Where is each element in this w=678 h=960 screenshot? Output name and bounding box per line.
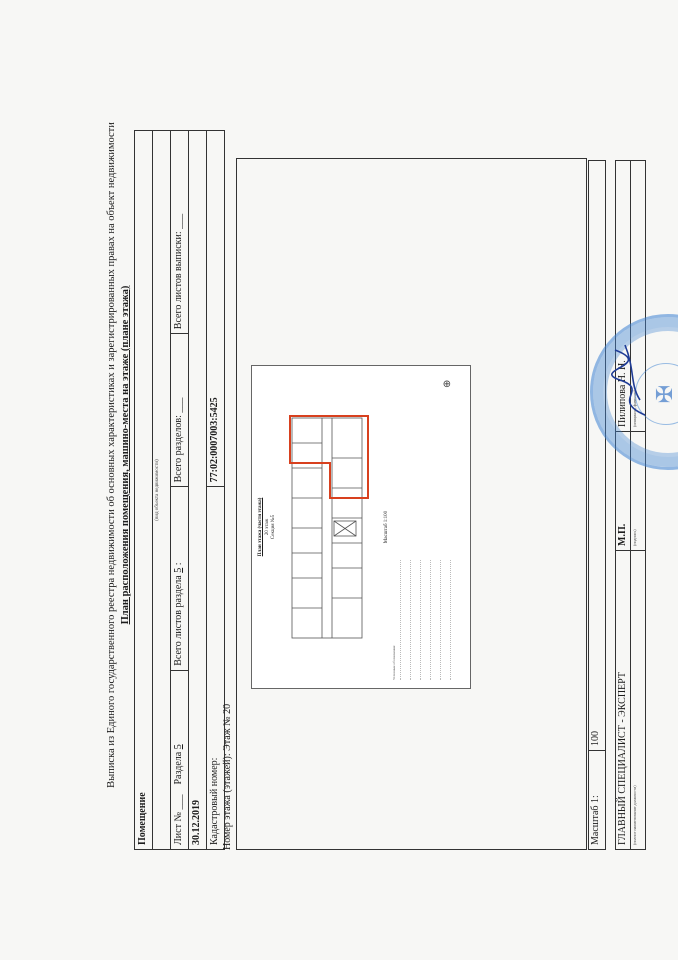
floor-plan-sheet: План этажа (части этажа) 20 этаж Секция …: [251, 365, 471, 689]
sheet-cell: Лист № ___ Раздела 5: [171, 670, 189, 849]
legend-item: [412, 560, 421, 680]
legend-item: [402, 560, 411, 680]
total-section-sheets-cell: Всего листов раздела 5 :: [171, 487, 189, 670]
position: ГЛАВНЫЙ СПЕЦИАЛИСТ - ЭКСПЕРТ: [616, 551, 631, 850]
total-extract-sheets-label: Всего листов выписки:: [173, 231, 184, 329]
legend-item: [422, 560, 431, 680]
floor-label: Номер этажа (этажей): Этаж № 20: [222, 704, 233, 850]
date: 30.12.2019: [189, 131, 207, 850]
signature-table: ГЛАВНЫЙ СПЕЦИАЛИСТ - ЭКСПЕРТ М.П. Пилипо…: [615, 160, 646, 850]
total-section-sheets-value: 5: [173, 568, 184, 573]
cadastral-number: 77:02:0007003:5425: [207, 131, 225, 487]
plan-legend: Условные обозначения:: [392, 560, 452, 680]
document-page: Выписка из Единого государственного реес…: [100, 100, 665, 850]
total-sections-label: Всего разделов:: [173, 415, 184, 482]
position-caption: (полное наименование должности): [631, 551, 646, 850]
total-sections-value: ___: [173, 398, 184, 413]
legend-title: Условные обозначения:: [392, 560, 401, 680]
section-value: 5: [173, 744, 184, 749]
sheet-value: ___: [173, 795, 184, 810]
document-subtitle: План расположения помещения, машино-мест…: [120, 100, 131, 810]
total-extract-sheets-cell: Всего листов выписки: ___: [171, 131, 189, 334]
plan-section: Секция №5: [271, 366, 277, 688]
plan-frame: План этажа (части этажа) 20 этаж Секция …: [236, 158, 587, 850]
object-type: Помещение: [135, 131, 153, 850]
info-table: Помещение (вид объекта недвижимости) Лис…: [134, 130, 225, 850]
floor-plan-drawing: [282, 398, 392, 648]
plan-scale: Масштаб 1:100: [384, 366, 389, 688]
plan-floor: 20 этаж Секция №5: [265, 366, 277, 688]
scale-table: Масштаб 1: 100: [588, 160, 606, 850]
highlighted-premises-outline: [290, 416, 368, 498]
scale-label: Масштаб 1:: [589, 751, 606, 850]
legend-item: [442, 560, 451, 680]
north-arrow-icon: ⊕: [442, 380, 453, 388]
legend-item: [432, 560, 441, 680]
object-type-caption: (вид объекта недвижимости): [153, 131, 171, 850]
plan-title: План этажа (части этажа): [258, 366, 263, 688]
section-label: Раздела: [173, 752, 184, 785]
handwritten-signature: [600, 340, 660, 420]
total-section-sheets-label: Всего листов раздела: [173, 575, 184, 665]
sheet-label: Лист №: [173, 812, 184, 845]
document-title: Выписка из Единого государственного реес…: [106, 100, 117, 810]
total-extract-sheets-value: ___: [173, 214, 184, 229]
total-sections-cell: Всего разделов: ___: [171, 334, 189, 487]
scale-value: 100: [589, 161, 606, 751]
